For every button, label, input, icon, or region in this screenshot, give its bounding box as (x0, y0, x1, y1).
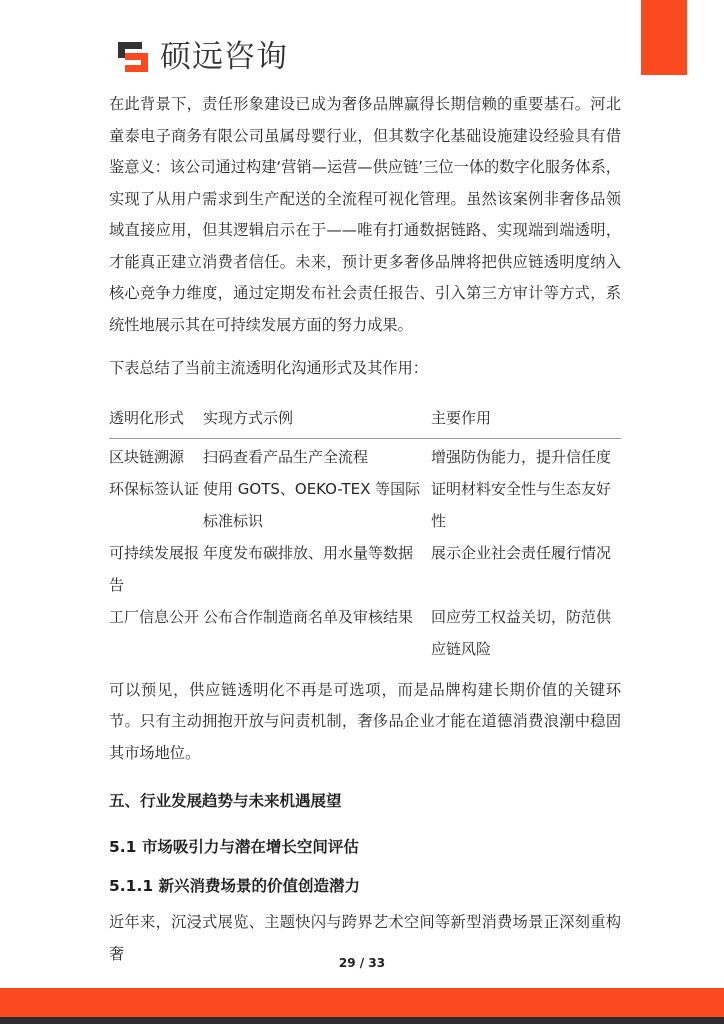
table-cell: 工厂信息公开 (109, 601, 203, 665)
brand-name: 硕远咨询 (160, 40, 288, 74)
table-cell: 证明材料安全性与生态友好性 (431, 473, 621, 537)
table-row: 区块链溯源 扫码查看产品生产全流程 增强防伪能力，提升信任度 (109, 438, 621, 473)
brand-logo-icon (116, 40, 154, 74)
paragraph-conclusion: 可以预见，供应链透明化不再是可选项，而是品牌构建长期价值的关键环节。只有主动拥抱… (109, 675, 621, 770)
transparency-table: 透明化形式 实现方式示例 主要作用 区块链溯源 扫码查看产品生产全流程 增强防伪… (109, 398, 621, 665)
table-intro: 下表总结了当前主流透明化沟通形式及其作用： (109, 353, 621, 385)
footer-dark-bar (0, 1017, 724, 1024)
page-indicator: 29 / 33 (0, 956, 724, 970)
table-cell: 年度发布碳排放、用水量等数据 (203, 537, 431, 601)
table-row: 可持续发展报告 年度发布碳排放、用水量等数据 展示企业社会责任履行情况 (109, 537, 621, 601)
corner-accent-tab (641, 0, 687, 75)
table-cell: 使用 GOTS、OEKO-TEX 等国际标准标识 (203, 473, 431, 537)
subsection-heading: 5.1 市场吸引力与潜在增长空间评估 (109, 835, 621, 859)
document-body: 在此背景下，责任形象建设已成为奢侈品牌赢得长期信赖的重要基石。河北童泰电子商务有… (109, 89, 621, 970)
table-header-cell: 实现方式示例 (203, 398, 431, 439)
table-row: 工厂信息公开 公布合作制造商名单及审核结果 回应劳工权益关切，防范供应链风险 (109, 601, 621, 665)
table-cell: 区块链溯源 (109, 438, 203, 473)
table-cell: 回应劳工权益关切，防范供应链风险 (431, 601, 621, 665)
table-header-row: 透明化形式 实现方式示例 主要作用 (109, 398, 621, 439)
table-cell: 可持续发展报告 (109, 537, 203, 601)
subsubsection-heading: 5.1.1 新兴消费场景的价值创造潜力 (109, 874, 621, 898)
footer-accent-bar (0, 988, 724, 1017)
section-heading: 五、行业发展趋势与未来机遇展望 (109, 789, 621, 813)
table-header-cell: 透明化形式 (109, 398, 203, 439)
paragraph-responsibility-image: 在此背景下，责任形象建设已成为奢侈品牌赢得长期信赖的重要基石。河北童泰电子商务有… (109, 89, 621, 341)
table-header-cell: 主要作用 (431, 398, 621, 439)
brand-logo: 硕远咨询 (116, 40, 288, 74)
table-cell: 公布合作制造商名单及审核结果 (203, 601, 431, 665)
table-cell: 环保标签认证 (109, 473, 203, 537)
table-cell: 增强防伪能力，提升信任度 (431, 438, 621, 473)
table-cell: 扫码查看产品生产全流程 (203, 438, 431, 473)
table-row: 环保标签认证 使用 GOTS、OEKO-TEX 等国际标准标识 证明材料安全性与… (109, 473, 621, 537)
table-cell: 展示企业社会责任履行情况 (431, 537, 621, 601)
